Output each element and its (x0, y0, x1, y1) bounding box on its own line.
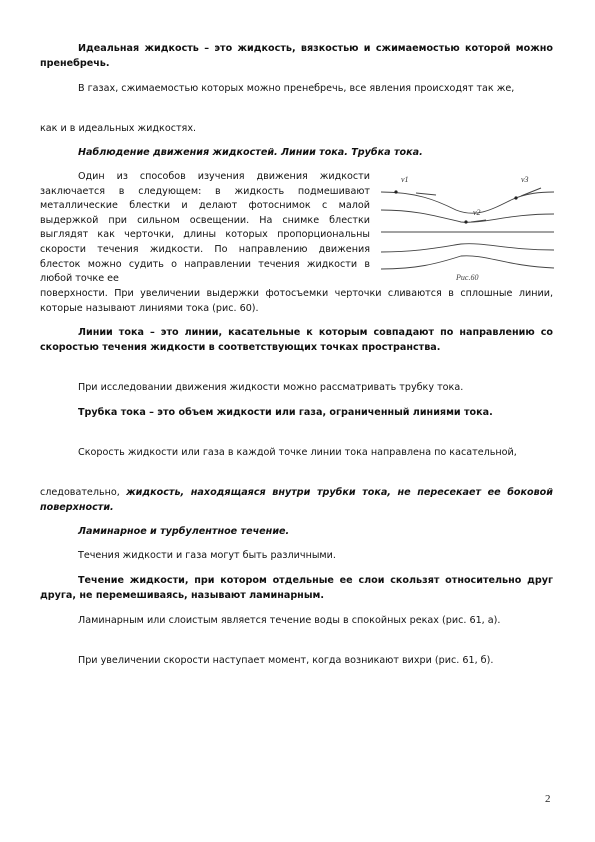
consequence-lead: следовательно, (40, 487, 126, 498)
heading-fluid-motion: Наблюдение движения жидкостей. Линии ток… (40, 146, 553, 161)
definition-streamlines: Линии тока – это линии, касательные к ко… (40, 326, 553, 355)
definition-laminar: Течение жидкости, при котором отдельные … (40, 574, 553, 603)
paragraph-ideal-liquids: как и в идеальных жидкостях. (40, 122, 553, 137)
paragraph-gases: В газах, сжимаемостью которых можно прен… (40, 82, 553, 97)
velocity-label-v2: v2 (473, 208, 481, 217)
paragraph-observation-method: Один из способов изучения движения жидко… (40, 170, 370, 287)
paragraph-flow-tube-intro: При исследовании движения жидкости можно… (40, 381, 553, 396)
paragraph-flow-types: Течения жидкости и газа могут быть разли… (40, 549, 553, 564)
paragraph-laminar-example: Ламинарным или слоистым является течение… (40, 614, 553, 629)
velocity-label-v3: v3 (521, 175, 529, 184)
figure-caption: Рис.60 (455, 273, 478, 280)
heading-laminar-turbulent: Ламинарное и турбулентное течение. (40, 525, 553, 540)
streamlines-figure: v1 v2 v3 Рис.60 (376, 170, 556, 280)
definition-flow-tube: Трубка тока – это объем жидкости или газ… (40, 406, 553, 421)
paragraph-velocity-tangent: Скорость жидкости или газа в каждой точк… (40, 446, 553, 461)
velocity-label-v1: v1 (401, 175, 409, 184)
paragraph-streamlines-intro: поверхности. При увеличении выдержки фот… (40, 287, 553, 316)
paragraph-consequence: следовательно, жидкость, находящаяся вну… (40, 486, 553, 515)
definition-ideal-fluid: Идеальная жидкость – это жидкость, вязко… (40, 42, 553, 71)
paragraph-turbulent-example: При увеличении скорости наступает момент… (40, 654, 553, 669)
page-number: 2 (545, 793, 551, 805)
